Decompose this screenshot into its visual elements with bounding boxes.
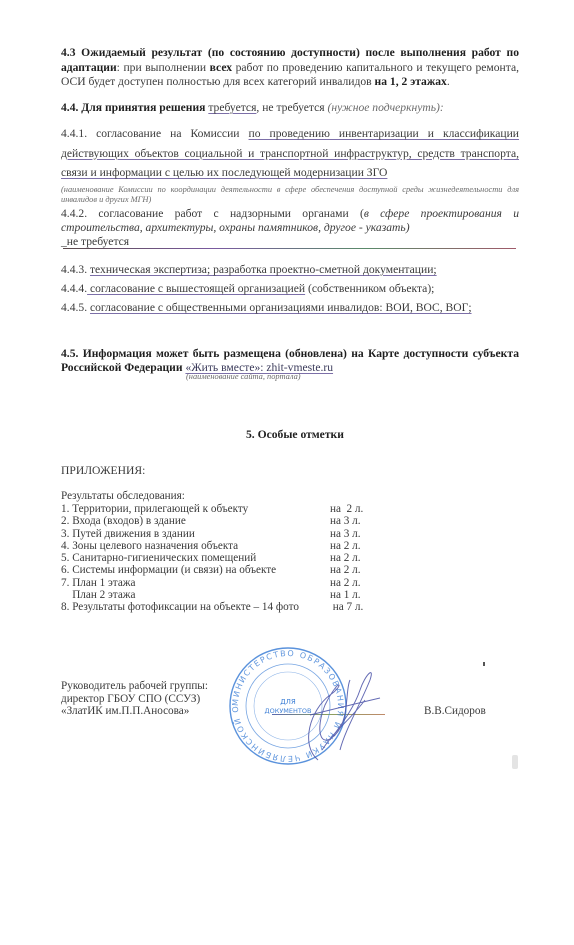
signatory-org: «ЗлатИК им.П.П.Аносова» [61, 705, 208, 718]
scan-mark [483, 662, 485, 666]
appendix-item-pages: на 7 л. [330, 601, 363, 613]
appendix-item-pages: на 2 л. [330, 540, 361, 552]
appendix-item: 7. План 1 этажана 2 л. [61, 577, 299, 589]
appendix-item: 8. Результаты фотофиксации на объекте – … [61, 601, 299, 613]
appendix-item-label: 3. Путей движения в здании [61, 528, 195, 540]
appendix-item: 5. Санитарно-гигиенических помещенийна 2… [61, 552, 299, 564]
signatory-position: директор ГБОУ СПО (ССУЗ) [61, 693, 208, 706]
section-4-4: 4.4. Для принятия решения требуется, не … [61, 101, 519, 115]
appendix-item: 1. Территории, прилегающей к объектуна 2… [61, 503, 299, 515]
appendix-item: 3. Путей движения в зданиина 3 л. [61, 528, 299, 540]
section-4-3: 4.3 Ожидаемый результат (по состоянию до… [61, 46, 519, 90]
commission-caption: (наименование Комиссии по координации де… [61, 185, 519, 205]
scan-artifact [512, 755, 518, 769]
appendix-item-label: 6. Системы информации (и связи) на объек… [61, 564, 276, 576]
appendix-item-label: 2. Входа (входов) в здание [61, 515, 186, 527]
appendix-item: 4. Зоны целевого назначения объектана 2 … [61, 540, 299, 552]
item-4-4-3: 4.4.3. техническая экспертиза; разработк… [61, 263, 519, 277]
appendix-title: ПРИЛОЖЕНИЯ: [61, 464, 145, 477]
signatory-name: В.В.Сидоров [424, 705, 486, 717]
appendix-item-pages: на 3 л. [330, 528, 361, 540]
appendix-item: 6. Системы информации (и связи) на объек… [61, 564, 299, 576]
item-4-4-5: 4.4.5. согласование с общественными орга… [61, 301, 519, 315]
item-4-4-1: 4.4.1. согласование на Комиссии по прове… [61, 124, 519, 183]
appendix-list: 1. Территории, прилегающей к объектуна 2… [61, 503, 299, 614]
appendix-item-pages: на 2 л. [330, 564, 361, 576]
appendix-item-label: 7. План 1 этажа [61, 577, 135, 589]
appendix-item-pages: на 2 л. [330, 552, 361, 564]
portal-caption: (наименование сайта, портала) [186, 372, 301, 382]
section-4-5: 4.5. Информация может быть размещена (об… [61, 347, 519, 375]
appendix-item-pages: на 2 л. [330, 503, 363, 515]
item-4-4-4: 4.4.4. согласование с вышестоящей органи… [61, 282, 519, 296]
appendix-item-pages: на 1 л. [330, 589, 361, 601]
value-underline [63, 248, 516, 249]
item-4-4-2: 4.4.2. согласование работ с надзорными о… [61, 207, 519, 234]
item-4-4-2-value-field: _не требуется [61, 235, 516, 249]
appendix-item-pages: на 2 л. [330, 577, 361, 589]
appendix-item-pages: на 3 л. [330, 515, 361, 527]
appendix-item-label: 1. Территории, прилегающей к объекту [61, 503, 248, 515]
signatory-title: Руководитель рабочей группы: [61, 680, 208, 693]
appendix-item-label: 5. Санитарно-гигиенических помещений [61, 552, 256, 564]
appendix-item: 2. Входа (входов) в зданиена 3 л. [61, 515, 299, 527]
section-5-heading: 5. Особые отметки [246, 428, 344, 441]
section-4-4-heading: 4.4. Для принятия решения [61, 101, 205, 114]
signatory-block: Руководитель рабочей группы: директор ГБ… [61, 680, 208, 718]
handwritten-signature-icon [290, 650, 385, 770]
appendix-item-label: План 2 этажа [61, 589, 135, 601]
appendix-subtitle: Результаты обследования: [61, 490, 185, 502]
appendix-item-label: 8. Результаты фотофиксации на объекте – … [61, 601, 299, 613]
appendix-item: План 2 этажана 1 л. [61, 589, 299, 601]
option-required: требуется [208, 101, 256, 114]
appendix-item-label: 4. Зоны целевого назначения объекта [61, 540, 238, 552]
